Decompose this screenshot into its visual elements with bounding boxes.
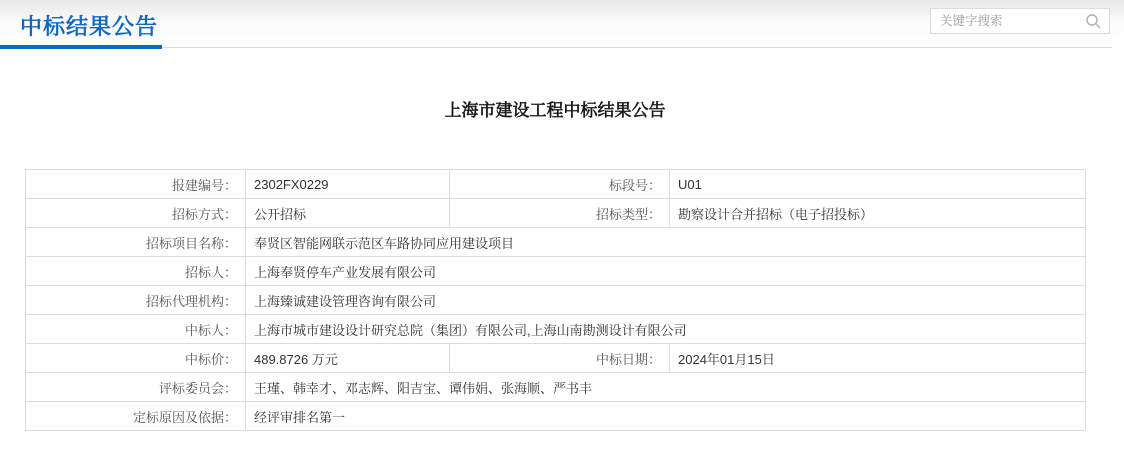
value-winning-price: 489.8726 万元	[246, 344, 450, 373]
table-row-price-date: 中标价： 489.8726 万元 中标日期： 2024年01月15日	[26, 344, 1086, 373]
value-bid-type: 勘察设计合并招标（电子招投标）	[670, 199, 1086, 228]
label-tenderer: 招标人：	[26, 257, 246, 286]
label-project-name: 招标项目名称：	[26, 228, 246, 257]
table-row-winner: 中标人： 上海市城市建设设计研究总院（集团）有限公司,上海山南勘测设计有限公司	[26, 315, 1086, 344]
value-bid-method: 公开招标	[246, 199, 450, 228]
value-tenderer: 上海奉贤停车产业发展有限公司	[246, 257, 1086, 286]
label-winning-price: 中标价：	[26, 344, 246, 373]
announcement-title: 上海市建设工程中标结果公告	[25, 96, 1085, 121]
label-project-no: 报建编号：	[26, 170, 246, 199]
value-committee: 王瑾、韩幸才、邓志辉、阳吉宝、谭伟娟、张海顺、严书丰	[246, 373, 1086, 402]
search-box[interactable]	[930, 8, 1110, 34]
divider-accent-line	[0, 45, 162, 49]
label-section-no: 标段号：	[450, 170, 670, 199]
label-award-reason: 定标原因及依据：	[26, 402, 246, 431]
label-winner: 中标人：	[26, 315, 246, 344]
table-row-agency: 招标代理机构： 上海臻诚建设管理咨询有限公司	[26, 286, 1086, 315]
table-row-committee: 评标委员会： 王瑾、韩幸才、邓志辉、阳吉宝、谭伟娟、张海顺、严书丰	[26, 373, 1086, 402]
divider-gray-line	[0, 47, 1112, 48]
page-header: 中标结果公告	[0, 0, 1124, 45]
table-row-project-no: 报建编号： 2302FX0229 标段号： U01	[26, 170, 1086, 199]
value-winning-date: 2024年01月15日	[670, 344, 1086, 373]
search-icon[interactable]	[1085, 13, 1102, 30]
table-row-bid-method: 招标方式： 公开招标 招标类型： 勘察设计合并招标（电子招投标）	[26, 199, 1086, 228]
value-agency: 上海臻诚建设管理咨询有限公司	[246, 286, 1086, 315]
label-bid-method: 招标方式：	[26, 199, 246, 228]
announcement-table: 报建编号： 2302FX0229 标段号： U01 招标方式： 公开招标 招标类…	[25, 169, 1086, 431]
table-row-award-reason: 定标原因及依据： 经评审排名第一	[26, 402, 1086, 431]
value-project-no: 2302FX0229	[246, 170, 450, 199]
value-award-reason: 经评审排名第一	[246, 402, 1086, 431]
label-bid-type: 招标类型：	[450, 199, 670, 228]
label-committee: 评标委员会：	[26, 373, 246, 402]
table-row-project-name: 招标项目名称： 奉贤区智能网联示范区车路协同应用建设项目	[26, 228, 1086, 257]
label-agency: 招标代理机构：	[26, 286, 246, 315]
page-title: 中标结果公告	[20, 10, 158, 41]
value-section-no: U01	[670, 170, 1086, 199]
main-content: 上海市建设工程中标结果公告 报建编号： 2302FX0229 标段号： U01 …	[0, 96, 1124, 431]
value-project-name: 奉贤区智能网联示范区车路协同应用建设项目	[246, 228, 1086, 257]
table-row-tenderer: 招标人： 上海奉贤停车产业发展有限公司	[26, 257, 1086, 286]
search-input[interactable]	[931, 9, 1109, 33]
label-winning-date: 中标日期：	[450, 344, 670, 373]
value-winner: 上海市城市建设设计研究总院（集团）有限公司,上海山南勘测设计有限公司	[246, 315, 1086, 344]
header-divider	[0, 45, 1124, 49]
